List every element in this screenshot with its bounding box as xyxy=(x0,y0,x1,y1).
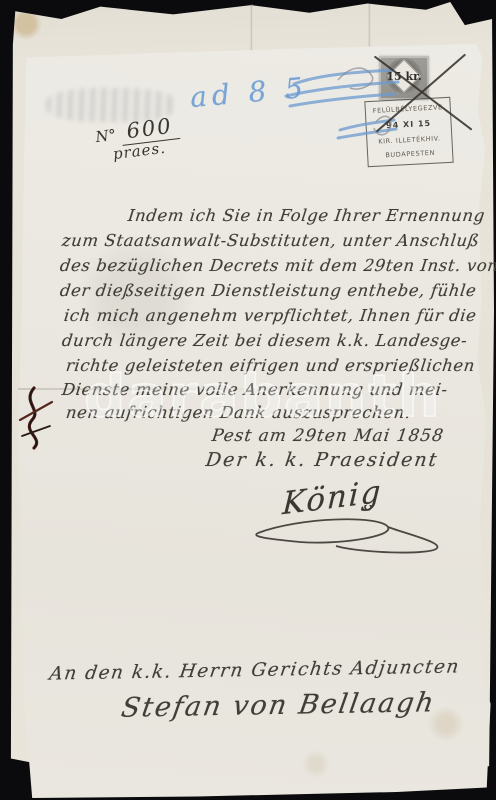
doc-no-prefix: N° xyxy=(94,126,117,146)
body-line: Indem ich Sie in Folge Ihrer Ernennung xyxy=(127,206,486,225)
binding-thread xyxy=(12,380,62,455)
body-line: ich mich angenehm verpflichtet, Ihnen fü… xyxy=(63,306,478,325)
signer-title: Der k. k. Praesident xyxy=(204,449,439,471)
address-line2: Stefan von Bellaagh xyxy=(119,687,438,723)
body-line: zum Staatsanwalt-Substituten, unter Ansc… xyxy=(61,231,481,250)
postmark-line: BUDAPESTEN xyxy=(368,149,452,160)
darabanth-watermark: darabanth xyxy=(84,362,441,430)
body-line: der dießseitigen Dienstleistung enthebe,… xyxy=(59,281,478,300)
document-photo: ad 8 5 15 kr. FELÜLBÉLYEGEZVE 94 XI 15 K… xyxy=(0,0,496,800)
signature-dot xyxy=(365,505,371,510)
body-line: durch längere Zeit bei diesem k.k. Lande… xyxy=(61,331,469,350)
fold-crease-vertical xyxy=(250,4,253,58)
blue-pencil-scribble xyxy=(280,58,410,148)
body-line: des bezüglichen Decrets mit dem 29ten In… xyxy=(59,256,496,275)
signature-flourish xyxy=(240,505,450,560)
